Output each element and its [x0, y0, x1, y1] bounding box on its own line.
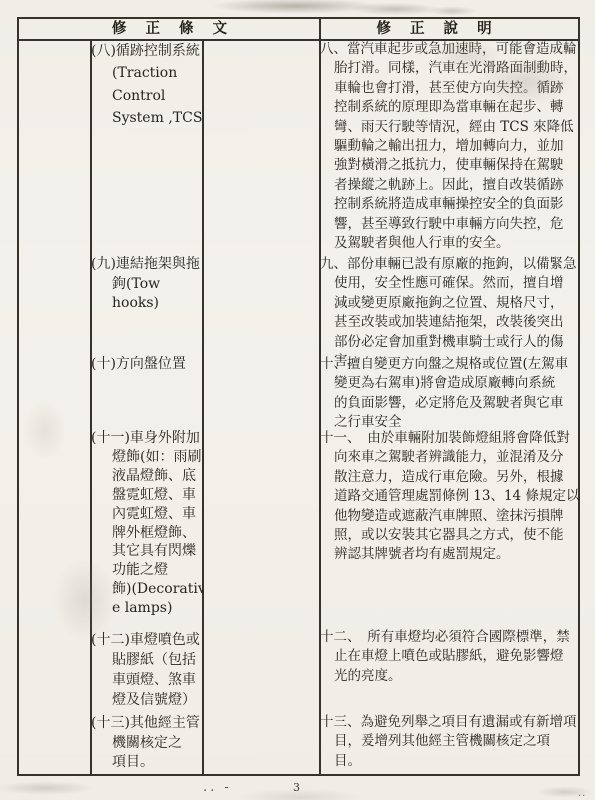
- text-line: 胎打滑。同樣，汽車在光滑路面制動時，: [320, 59, 580, 78]
- footer-marks-right: ..: [578, 788, 586, 799]
- text-line: 內霓虹燈、車: [91, 505, 203, 524]
- explanation-item-10: 十、擅自變更方向盤之規格或位置(左駕車變更為右駕車)將會造成原廠轉向系統的負面影…: [320, 355, 580, 433]
- text-line: (Traction: [91, 62, 203, 84]
- text-line: 十二、 所有車燈均必須符合國際標準，禁: [320, 628, 580, 647]
- text-line: 燈及信號燈）: [91, 690, 203, 710]
- text-line: 車頭燈、煞車: [91, 670, 203, 690]
- explanation-item-11: 十一、 由於車輛附加裝飾燈組將會降低對向來車之駕駛者辨識能力，並混淆及分散注意力…: [320, 429, 580, 565]
- text-line: 十一、 由於車輛附加裝飾燈組將會降低對: [320, 429, 580, 448]
- text-line: 功能之燈: [91, 561, 203, 580]
- text-line: 強對橫滑之抵抗力，使車輛保持在駕駛: [320, 156, 580, 175]
- text-line: 車輪也會打滑，甚至使方向失控。循跡: [320, 79, 580, 98]
- text-line: 使用，安全性應可確保。然而，擅自增: [320, 274, 580, 293]
- text-line: 十、擅自變更方向盤之規格或位置(左駕車: [320, 355, 580, 374]
- text-line: 控制系統將造成車輛操控安全的負面影: [320, 195, 580, 214]
- text-line: 變更為右駕車)將會造成原廠轉向系統: [320, 374, 580, 393]
- text-line: 其它具有閃爍: [91, 542, 203, 561]
- text-line: 止在車燈上噴色或貼膠紙，避免影響燈: [320, 647, 580, 666]
- text-line: System ,TCS): [91, 107, 203, 129]
- provision-item-8: (八)循跡控制系統(TractionControlSystem ,TCS): [91, 40, 203, 129]
- text-line: hooks): [91, 294, 203, 314]
- text-line: (十一)車身外附加: [91, 429, 203, 448]
- text-line: 目，爰增列其他經主管機關核定之項: [320, 732, 580, 751]
- text-line: (八)循跡控制系統: [91, 40, 203, 62]
- text-line: (十三)其他經主管: [91, 714, 203, 734]
- text-line: 牌外框燈飾、: [91, 524, 203, 543]
- column-header-amendment-explanation: 修 正 說 明: [320, 19, 578, 39]
- text-line: e lamps): [91, 599, 203, 618]
- provision-item-9: (九)連結拖架與拖鉤(Towhooks): [91, 255, 203, 314]
- explanation-item-12: 十二、 所有車燈均必須符合國際標準，禁止在車燈上噴色或貼膠紙，避免影響燈光的亮度…: [320, 628, 580, 686]
- text-line: 目。: [320, 752, 580, 771]
- text-line: 減或變更原廠拖鉤之位置、規格尺寸，: [320, 294, 580, 313]
- text-line: 控制系統的原理即為當車輛在起步、轉: [320, 98, 580, 117]
- text-line: 向來車之駕駛者辨識能力，並混淆及分: [320, 448, 580, 467]
- text-line: 機關核定之: [91, 734, 203, 754]
- table-header-row: 修 正 條 文 修 正 說 明: [19, 19, 578, 41]
- text-line: 響，甚至導致行駛中車輛方向失控，危: [320, 215, 580, 234]
- text-line: 的負面影響，必定將危及駕駛者與它車: [320, 394, 580, 413]
- text-line: 道路交通管理處罰條例 13、14 條規定以: [320, 487, 580, 506]
- explanation-item-13: 十三、為避免列舉之項目有遺漏或有新增項目，爰增列其他經主管機關核定之項目。: [320, 713, 580, 771]
- text-line: 彎、雨天行駛等情況，經由 TCS 來降低: [320, 118, 580, 137]
- text-line: 貼膠紙（包括: [91, 650, 203, 670]
- text-line: 他物變造或遮蔽汽車牌照、塗抹污損牌: [320, 507, 580, 526]
- text-line: 者操縱之軌跡上。因此，擅自改裝循跡: [320, 176, 580, 195]
- text-line: 照，或以安裝其它器具之方式，使不能: [320, 526, 580, 545]
- text-line: 飾)(Decorativ: [91, 580, 203, 599]
- text-line: 燈飾(如：雨刷: [91, 448, 203, 467]
- text-line: 光的亮度。: [320, 667, 580, 686]
- text-line: (九)連結拖架與拖: [91, 255, 203, 275]
- explanation-item-8: 八、當汽車起步或急加速時，可能會造成輪胎打滑。同樣，汽車在光滑路面制動時，車輪也…: [320, 40, 580, 253]
- text-line: 項目。: [91, 753, 203, 773]
- text-line: 十三、為避免列舉之項目有遺漏或有新增項: [320, 713, 580, 732]
- footer-marks-left: .. -: [203, 780, 232, 795]
- text-line: 鉤(Tow: [91, 275, 203, 295]
- text-line: 部份必定會加重對機車騎士或行人的傷: [320, 333, 580, 352]
- text-line: 液晶燈飾、底: [91, 467, 203, 486]
- scanned-document-page: 修 正 條 文 修 正 說 明 (八)循跡控制系統(TractionContro…: [0, 0, 595, 800]
- text-line: 九、部份車輛已設有原廠的拖鉤，以備緊急: [320, 255, 580, 274]
- page-number: 3: [293, 781, 300, 794]
- text-line: 辨認其牌號者均有處罰規定。: [320, 545, 580, 564]
- text-line: 八、當汽車起步或急加速時，可能會造成輪: [320, 40, 580, 59]
- text-line: Control: [91, 85, 203, 107]
- text-line: (十)方向盤位置: [91, 355, 203, 375]
- text-line: 盤霓虹燈、車: [91, 486, 203, 505]
- explanation-item-9: 九、部份車輛已設有原廠的拖鉤，以備緊急使用，安全性應可確保。然而，擅自增減或變更…: [320, 255, 580, 371]
- provision-item-10: (十)方向盤位置: [91, 355, 203, 375]
- provision-item-13: (十三)其他經主管機關核定之項目。: [91, 714, 203, 773]
- provision-item-11: (十一)車身外附加燈飾(如：雨刷液晶燈飾、底盤霓虹燈、車內霓虹燈、車牌外框燈飾、…: [91, 429, 203, 618]
- text-line: 驅動輪之輸出扭力，增加轉向力，並加: [320, 137, 580, 156]
- text-line: 及駕駛者與他人行車的安全。: [320, 234, 580, 253]
- provision-item-12: (十二)車燈噴色或貼膠紙（包括車頭燈、煞車燈及信號燈）: [91, 630, 203, 710]
- text-line: 甚至改裝或加裝連結拖架，改裝後突出: [320, 313, 580, 332]
- text-line: 散注意力，造成行車危險。另外，根據: [320, 468, 580, 487]
- column-header-amended-provisions: 修 正 條 文: [19, 19, 320, 39]
- text-line: (十二)車燈噴色或: [91, 630, 203, 650]
